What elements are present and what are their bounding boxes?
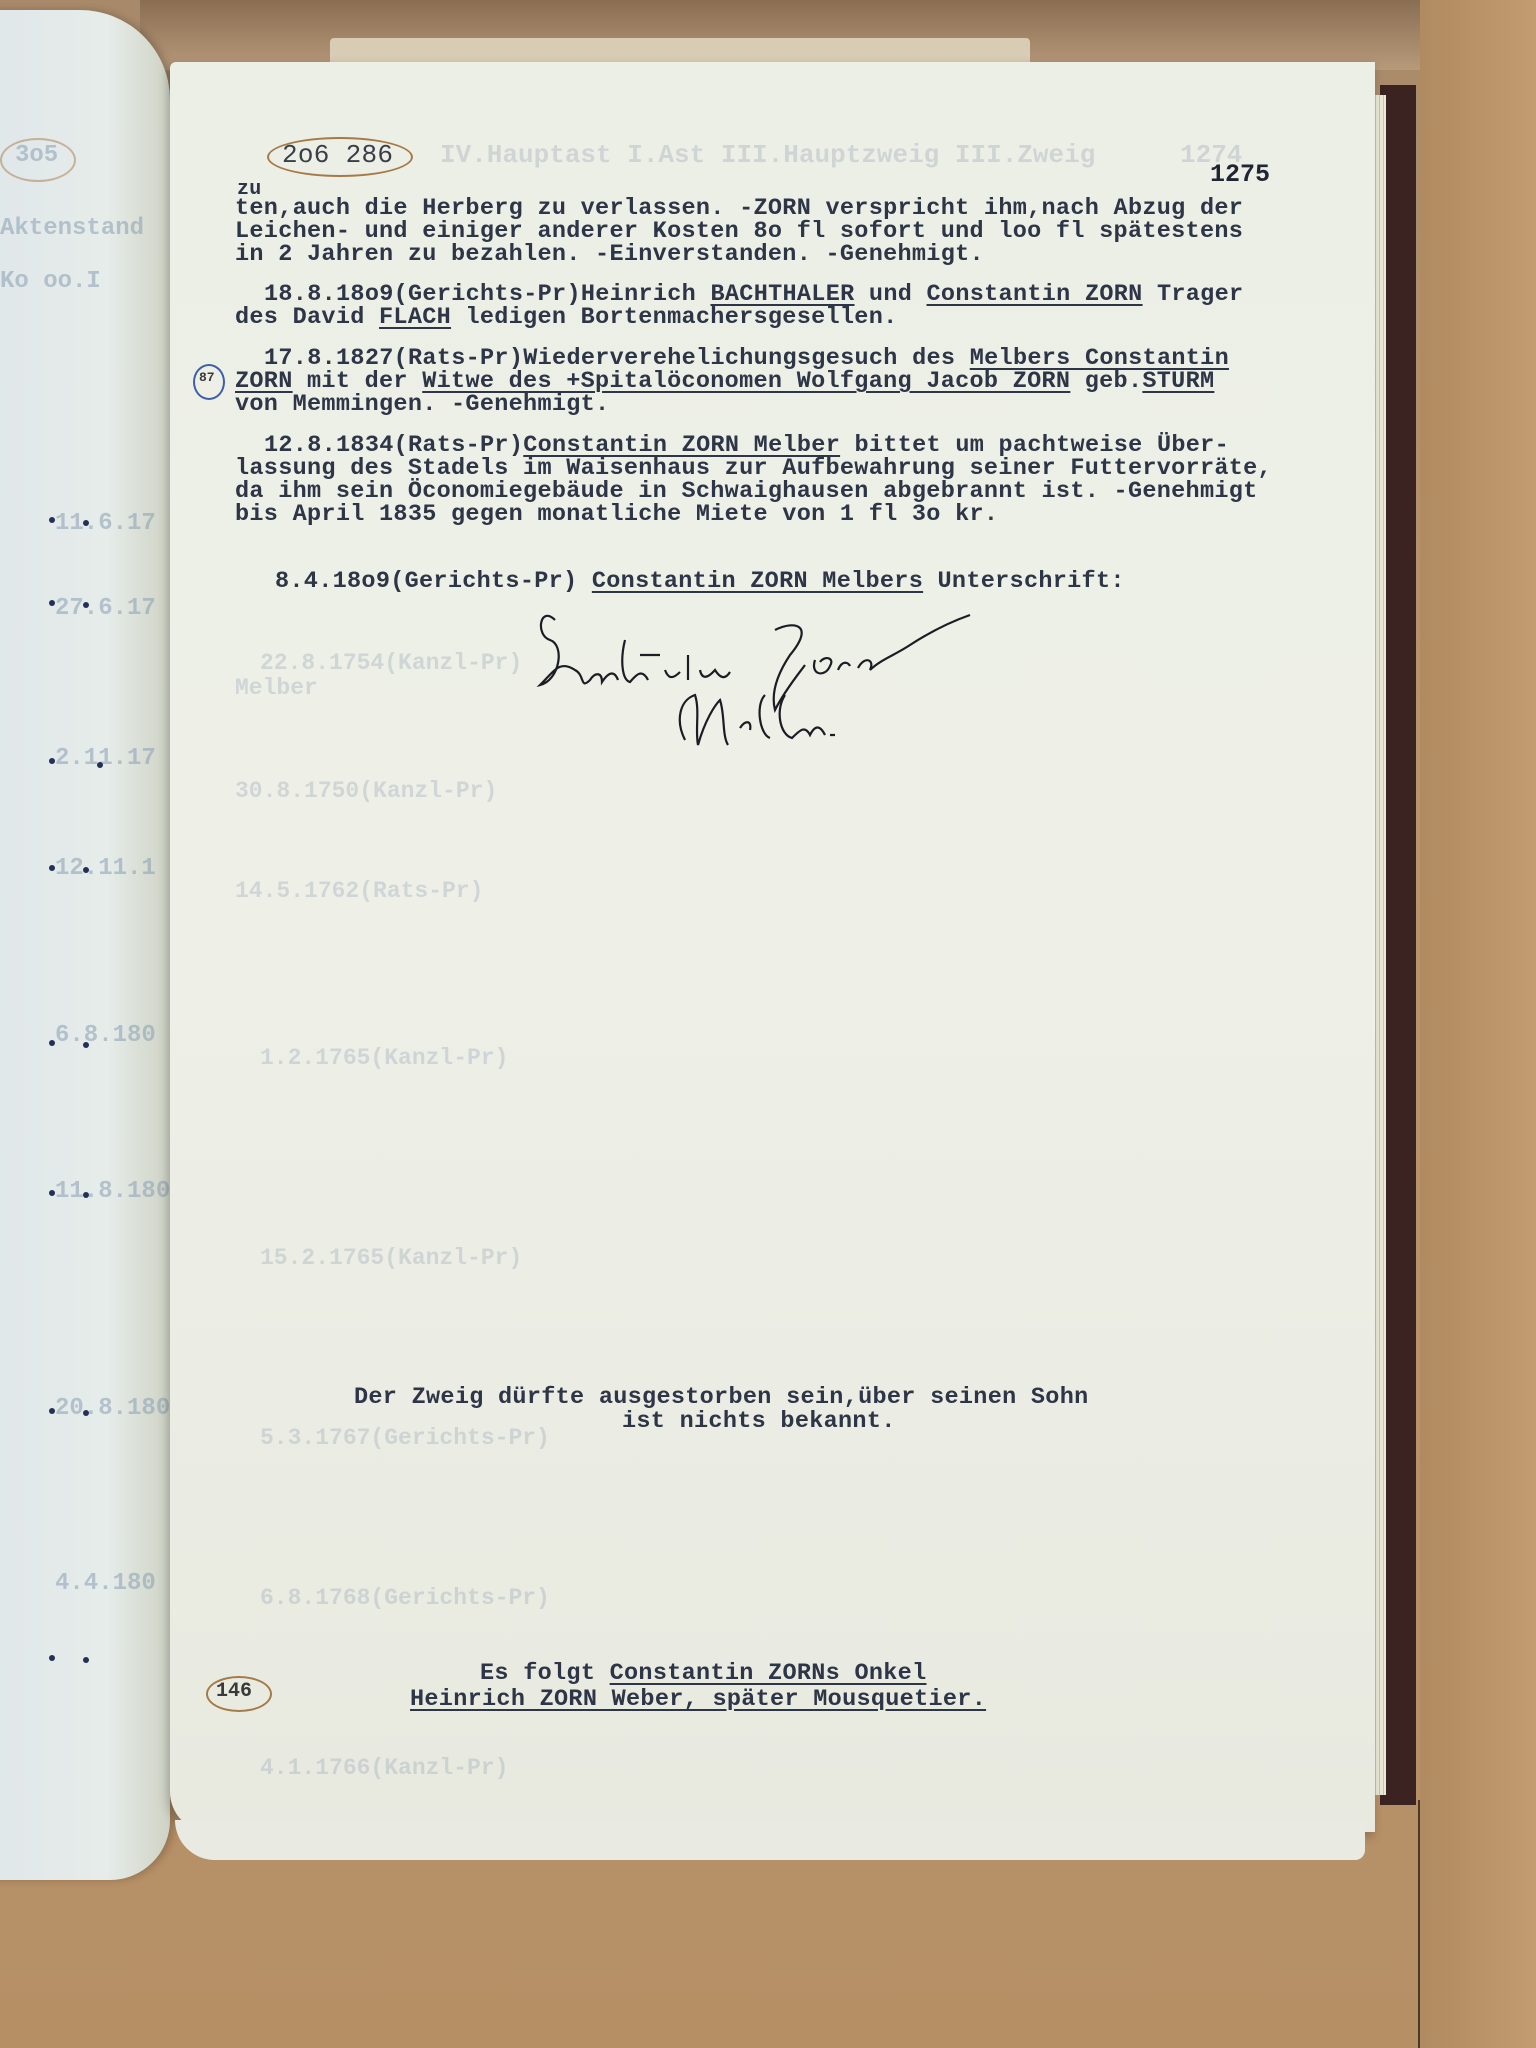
ink-dot <box>49 517 55 523</box>
margin-marker: 87 <box>199 370 215 385</box>
footer-line1: Es folgt Constantin ZORNs Onkel <box>480 1660 926 1687</box>
ink-dot <box>97 762 103 768</box>
ink-dot <box>83 1042 89 1048</box>
ink-dot <box>49 1655 55 1661</box>
entry-4-line1: 8.4.18o9(Gerichts-Pr) Constantin ZORN Me… <box>275 568 1125 595</box>
left-page-line: Ko oo.I <box>0 268 101 295</box>
ink-dot <box>49 1040 55 1046</box>
name-heinrich-zorn: Heinrich ZORN Weber, später Mousquetier. <box>410 1686 986 1713</box>
circled-number: 146 <box>216 1680 252 1703</box>
ink-dot <box>49 1190 55 1196</box>
footer-line2: Heinrich ZORN Weber, später Mousquetier. <box>410 1686 986 1713</box>
ink-dot <box>49 1408 55 1414</box>
left-page-line: 12.11.1 <box>55 855 156 882</box>
text: Unterschrift: <box>923 568 1125 595</box>
text: Trager <box>1143 281 1244 308</box>
left-page-ref: 3o5 <box>15 142 58 169</box>
note-line2: ist nichts bekannt. <box>622 1408 896 1435</box>
ink-dot <box>49 865 55 871</box>
left-page-line: 20.8.180 <box>55 1395 170 1422</box>
page-curl <box>175 1820 1365 1860</box>
left-page-line: Aktenstand <box>0 215 144 242</box>
text-line: in 2 Jahren zu bezahlen. -Einverstanden.… <box>235 241 984 268</box>
text: geb. <box>1070 368 1142 395</box>
ink-dot <box>49 758 55 764</box>
name-sturm: STURM <box>1142 368 1214 395</box>
ink-dot <box>83 602 89 608</box>
text: Es folgt <box>480 1660 610 1687</box>
name-constantin-zorn: Constantin ZORN <box>927 281 1143 308</box>
text: des David <box>235 304 379 331</box>
ink-dot <box>83 1192 89 1198</box>
note-line1: Der Zweig dürfte ausgestorben sein,über … <box>354 1384 1089 1411</box>
left-page-line: 11.8.180 <box>55 1178 170 1205</box>
reference-numbers: 2o6 286 <box>282 140 393 170</box>
left-page-line: 4.4.180 <box>55 1570 156 1597</box>
bleed-through-header: IV.Hauptast I.Ast III.Hauptzweig III.Zwe… <box>440 140 1095 170</box>
text: ledigen Bortenmachersgesellen. <box>451 304 897 331</box>
ink-dot <box>83 867 89 873</box>
name-flach: FLACH <box>379 304 451 331</box>
left-page-line: 2.11.17 <box>55 745 156 772</box>
left-page-line: 6.8.180 <box>55 1022 156 1049</box>
ink-dot <box>49 600 55 606</box>
entry-date: 8.4.18o9(Gerichts-Pr) <box>275 568 592 595</box>
page-number: 1275 <box>1210 160 1270 189</box>
ink-dot <box>83 1410 89 1416</box>
ink-dot <box>83 520 89 526</box>
name-constantin-zorn-melbers: Constantin ZORN Melbers <box>592 568 923 595</box>
left-page-line: 11.6.17 <box>55 510 156 537</box>
ink-dot <box>83 1657 89 1663</box>
name-constantin-zorns-onkel: Constantin ZORNs Onkel <box>610 1660 927 1687</box>
left-page: 3o5 Aktenstand Ko oo.I 11.6.17 27.6.17 2… <box>0 10 170 1880</box>
handwritten-signature <box>530 600 990 760</box>
desk-edge <box>1420 0 1536 2048</box>
entry-2-line3: von Memmingen. -Genehmigt. <box>235 391 609 418</box>
desk-seam <box>1418 1800 1420 2048</box>
left-page-line: 27.6.17 <box>55 595 156 622</box>
entry-3-line4: bis April 1835 gegen monatliche Miete vo… <box>235 501 998 528</box>
entry-1-line2: des David FLACH ledigen Bortenmachersges… <box>235 304 898 331</box>
